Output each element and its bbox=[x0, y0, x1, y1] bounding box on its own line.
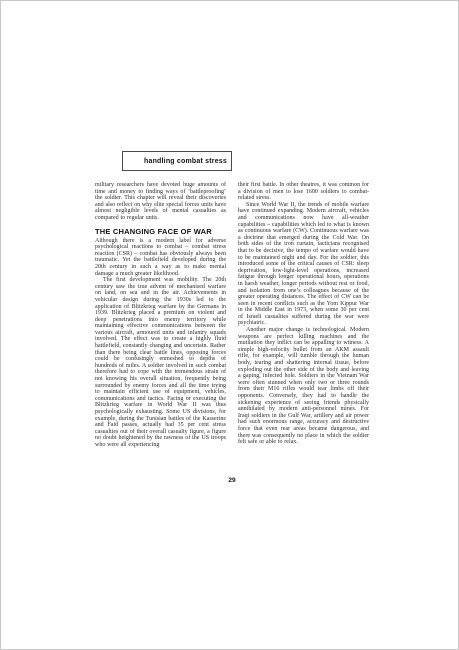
page-background: handling combat stress military research… bbox=[2, 2, 457, 648]
paragraph: The first development was mobility. The … bbox=[95, 277, 226, 448]
paragraph: Although there is a modern label for adv… bbox=[95, 238, 226, 278]
paragraph-continuation: military researchers have devoted huge a… bbox=[95, 182, 226, 222]
right-column: their first battle. In other theatres, i… bbox=[238, 182, 369, 449]
running-header-label: handling combat stress bbox=[144, 158, 227, 165]
page-number: 29 bbox=[95, 477, 369, 484]
paragraph: Since World War II, the trends of mobile… bbox=[238, 202, 369, 327]
text-columns: military researchers have devoted huge a… bbox=[95, 182, 369, 449]
running-header-tab: handling combat stress bbox=[122, 151, 232, 171]
paragraph-continuation: their first battle. In other theatres, i… bbox=[238, 182, 369, 202]
paragraph: Another major change is technological. M… bbox=[238, 327, 369, 446]
scanned-book-page: handling combat stress military research… bbox=[0, 0, 459, 650]
left-column: military researchers have devoted huge a… bbox=[95, 182, 226, 449]
section-heading: THE CHANGING FACE OF WAR bbox=[95, 227, 226, 236]
